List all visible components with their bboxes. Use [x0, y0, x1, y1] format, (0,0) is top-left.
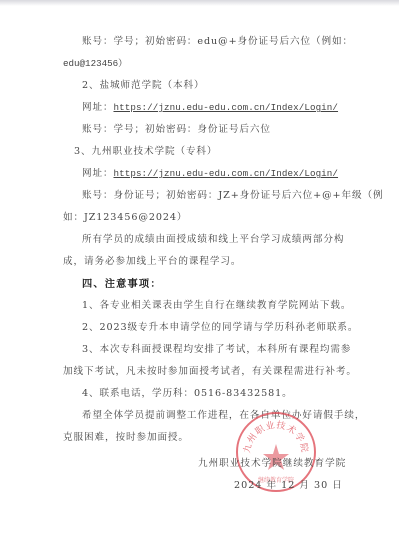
note-item-2: 2、2023级专升本申请学位的同学请与学历科孙老师联系。: [82, 319, 358, 333]
grades-paragraph-line-2: 成，请务必参加线上平台的课程学习。: [63, 253, 241, 267]
closing-paragraph-line-1: 希望全体学员提前调整工作进程，在各自单位办好请假手续，: [82, 407, 365, 421]
url-label: 网址：: [82, 102, 113, 113]
account-example-line-1: edu@123456）: [63, 55, 127, 69]
grades-paragraph-line-1: 所有学员的成绩由面授成绩和线上平台学习成绩两部分构: [82, 231, 344, 245]
closing-paragraph-line-2: 克服困难，按时参加面授。: [63, 429, 189, 443]
login-link-2[interactable]: https://jznu.edu-edu.com.cn/Index/Login/: [113, 102, 338, 113]
url-line-2: 网址：https://jznu.edu-edu.com.cn/Index/Log…: [82, 99, 338, 113]
signature-organization: 九州职业技术学院继续教育学院: [198, 455, 346, 469]
school-item-2: 2、盐城师范学院（本科）: [82, 77, 204, 91]
signature-date: 2024 年 12 月 30 日: [234, 477, 343, 491]
section-heading-notes: 四、注意事项：: [82, 275, 162, 290]
note-item-3-line-2: 加线下考试，凡未按时参加面授考试者，有关课程需进行补考。: [63, 363, 357, 377]
note-item-3-line-1: 3、本次专科面授课程均安排了考试，本科所有课程均需参: [82, 341, 351, 355]
account-info-line-1: 账号：学号；初始密码：edu@+身份证号后六位（例如：: [82, 33, 353, 47]
account-info-line-3: 账号：身份证号；初始密码：JZ+身份证号后六位+@+年级（例: [82, 187, 383, 201]
account-example-line-3: 如：JZ123456@2024）: [63, 209, 187, 223]
note-item-4: 4、联系电话，学历科：0516-83432581。: [82, 385, 293, 399]
url-line-3: 网址：https://jznu.edu-edu.com.cn/Index/Log…: [82, 165, 338, 179]
login-link-3[interactable]: https://jznu.edu-edu.com.cn/Index/Login/: [113, 168, 338, 179]
note-item-1: 1、各专业相关课表由学生自行在继续教育学院网站下载。: [82, 297, 351, 311]
account-info-line-2: 账号：学号；初始密码：身份证号后六位: [82, 121, 271, 135]
school-item-3: 3、九州职业技术学院（专科）: [74, 143, 217, 157]
url-label: 网址：: [82, 168, 113, 179]
document-page: 账号：学号；初始密码：edu@+身份证号后六位（例如： edu@123456） …: [0, 0, 399, 550]
